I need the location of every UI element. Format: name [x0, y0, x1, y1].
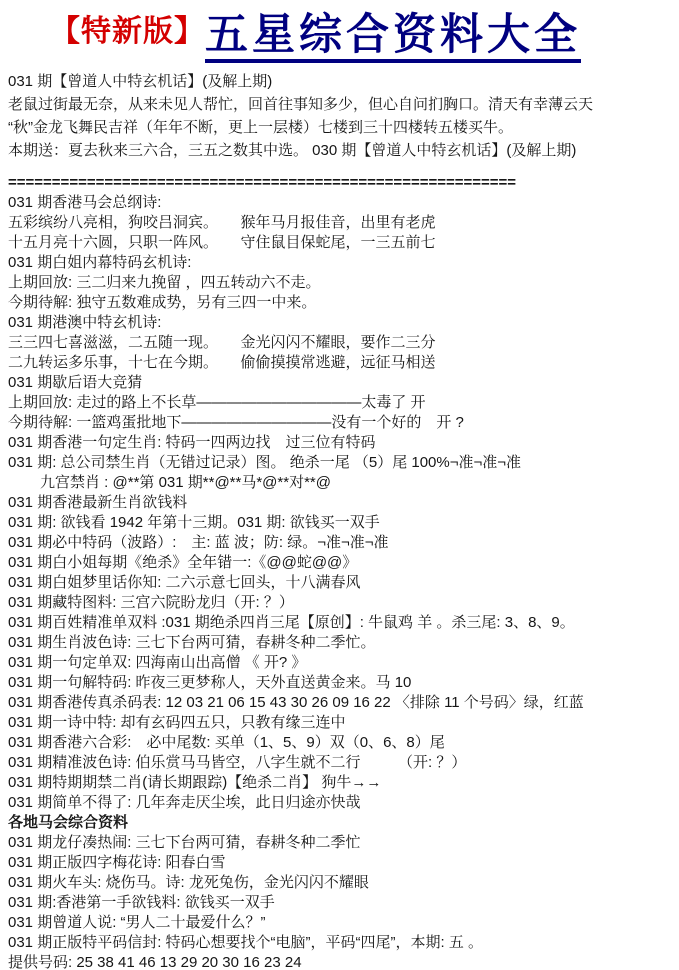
- text-line: 031 期龙仔凑热闹: 三七下台两可猜，春耕冬种二季忙: [8, 833, 679, 853]
- text-line: 031 期歇后语大竞猜: [8, 373, 679, 393]
- intro-line: “秋”金龙飞舞民吉祥（年年不断，更上一层楼）七楼到三十四楼转五楼买牛。: [8, 116, 679, 139]
- text-line: 031 期百姓精准单双料 :031 期绝杀四肖三尾【原创】: 牛鼠鸡 羊 。杀三…: [8, 613, 679, 633]
- text-line: 031 期生肖波色诗: 三七下台两可猜，春耕冬种二季忙。: [8, 633, 679, 653]
- text-line: 031 期香港六合彩: 必中尾数: 买单（1、5、9）双（0、6、8）尾: [8, 733, 679, 753]
- text-line: 今期待解: 一篮鸡蛋批地下——————————没有一个好的 开 ?: [8, 413, 679, 433]
- text-line: 031 期曾道人说: “男人二十最爱什么？”: [8, 913, 679, 933]
- body-section: ========================================…: [0, 173, 679, 970]
- text-line: 十五月亮十六圆，只职一阵风。 守住鼠目保蛇尾，一三五前七: [8, 233, 679, 253]
- text-line: 031 期正版四字梅花诗: 阳春白雪: [8, 853, 679, 873]
- text-line: 031 期一句定单双: 四海南山出高僧 《 开? 》: [8, 653, 679, 673]
- text-line: 今期待解: 独守五数难成势，另有三四一中来。: [8, 293, 679, 313]
- text-line: 031 期白小姐每期《绝杀》全年错一:《@@蛇@@》: [8, 553, 679, 573]
- text-line: 031 期:香港第一手欲钱料: 欲钱买一双手: [8, 893, 679, 913]
- text-line: 各地马会综合资料: [8, 813, 679, 833]
- edition-badge: 【特新版】: [50, 6, 205, 50]
- text-line: 031 期香港最新生肖欲钱料: [8, 493, 679, 513]
- text-line: 031 期一诗中特: 却有玄码四五只，只教有缘三连中: [8, 713, 679, 733]
- text-line: 031 期火车头: 烧伤马。诗: 龙死兔伤，金光闪闪不耀眼: [8, 873, 679, 893]
- text-line: 031 期: 欲钱看 1942 年第十三期。031 期: 欲钱买一双手: [8, 513, 679, 533]
- text-line: 031 期香港马会总纲诗:: [8, 193, 679, 213]
- text-line: 031 期简单不得了: 几年奔走厌尘埃，此日归途亦快哉: [8, 793, 679, 813]
- text-line: 031 期香港传真杀码表: 12 03 21 06 15 43 30 26 09…: [8, 693, 679, 713]
- text-line: 九宫禁肖 : @**第 031 期**@**马*@**对**@: [8, 473, 679, 493]
- text-line: 031 期一句解特码: 昨夜三更梦称人，天外直送黄金来。马 10: [8, 673, 679, 693]
- page-header: 【特新版】五星综合资料大全: [0, 0, 679, 63]
- intro-line: 031 期【曾道人中特玄机话】(及解上期): [8, 70, 679, 93]
- text-line: 031 期白姐梦里话你知: 二六示意七回头，十八满春风: [8, 573, 679, 593]
- text-line: 031 期港澳中特玄机诗:: [8, 313, 679, 333]
- text-line: 031 期必中特码（波路）: 主: 蓝 波；防: 绿。¬准¬准¬准: [8, 533, 679, 553]
- text-line: 031 期藏特图料: 三宫六院盼龙归（开: ？）: [8, 593, 679, 613]
- text-line: 031 期: 总公司禁生肖（无错过记录）图。 绝杀一尾 （5）尾 100%¬准¬…: [8, 453, 679, 473]
- text-line: 三三四七喜滋滋，二五随一现。 金光闪闪不耀眼，要作二三分: [8, 333, 679, 353]
- text-line: 五彩缤纷八亮相，狗咬吕洞宾。 猴年马月报佳音，出里有老虎: [8, 213, 679, 233]
- page-title: 五星综合资料大全: [205, 13, 581, 63]
- intro-line: 本期送：夏去秋来三六合，三五之数其中选。 030 期【曾道人中特玄机话】(及解上…: [8, 139, 679, 162]
- text-line: 031 期白姐内幕特码玄机诗:: [8, 253, 679, 273]
- text-line: ========================================…: [8, 173, 679, 193]
- text-line: 031 期特期期禁二肖(请长期跟踪)【绝杀二肖】 狗牛→→: [8, 773, 679, 793]
- intro-section: 031 期【曾道人中特玄机话】(及解上期)老鼠过街最无奈，从来未见人帮忙，回首往…: [0, 70, 679, 162]
- text-line: 031 期正版特平码信封: 特码心想要找个“电脑”，平码“四尾”，本期: 五 。: [8, 933, 679, 953]
- text-line: 二九转运多乐事，十七在今期。 偷偷摸摸常逃避，远征马相送: [8, 353, 679, 373]
- text-line: 提供号码: 25 38 41 46 13 29 20 30 16 23 24: [8, 953, 679, 970]
- text-line: 上期回放: 走过的路上不长草———————————太毒了 开: [8, 393, 679, 413]
- intro-line: 老鼠过街最无奈，从来未见人帮忙，回首往事知多少，但心自问扪胸口。清天有幸薄云天: [8, 93, 679, 116]
- text-line: 上期回放: 三二归来九挽留 ，四五转动六不走。: [8, 273, 679, 293]
- text-line: 031 期精准波色诗: 伯乐赏马马皆空，八字生就不二行 （开: ？）: [8, 753, 679, 773]
- lottery-info-page: 【特新版】五星综合资料大全 031 期【曾道人中特玄机话】(及解上期)老鼠过街最…: [0, 0, 679, 970]
- text-line: 031 期香港一句定生肖: 特码一四两边找 过三位有特码: [8, 433, 679, 453]
